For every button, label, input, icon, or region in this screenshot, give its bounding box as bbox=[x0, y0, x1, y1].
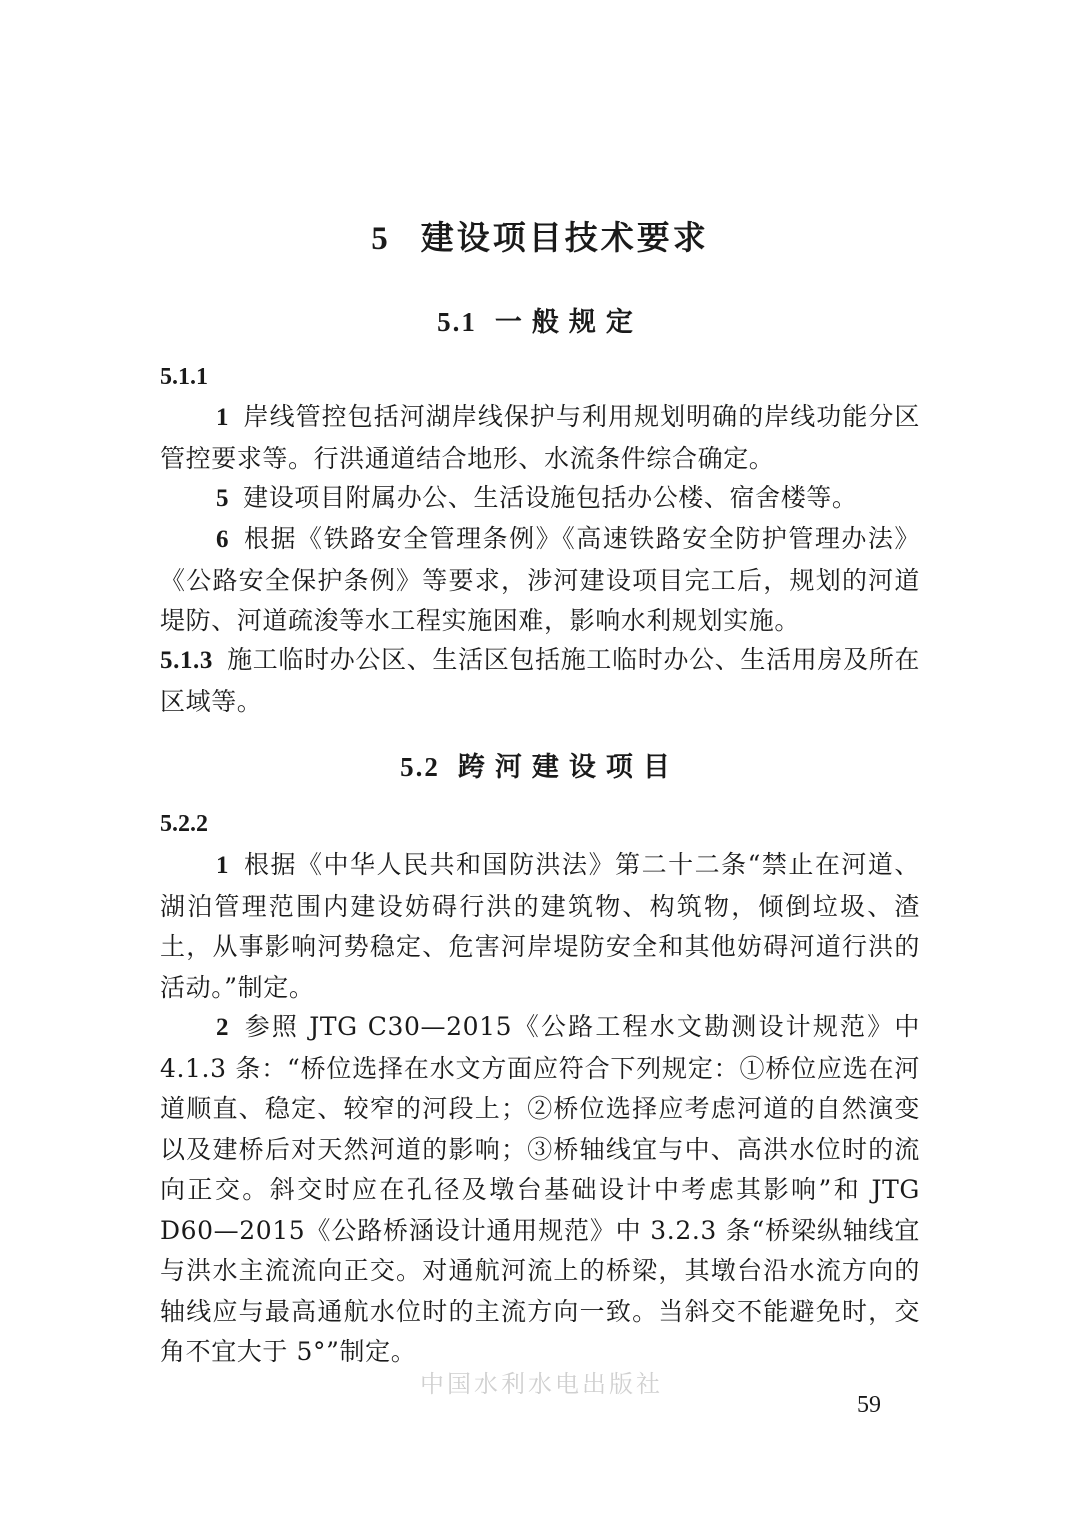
item-number: 6 bbox=[216, 526, 229, 553]
item-number: 2 bbox=[216, 1014, 229, 1041]
item-number: 1 bbox=[216, 852, 229, 879]
item-text: 建设项目附属办公、生活设施包括办公楼、宿舍楼等。 bbox=[243, 483, 857, 512]
clause-5-1-3: 5.1.3施工临时办公区、生活区包括施工临时办公、生活用房及所在区域等。 bbox=[160, 640, 920, 722]
clause-item: 1根据《中华人民共和国防洪法》第二十二条“禁止在河道、湖泊管理范围内建设妨碍行洪… bbox=[160, 845, 920, 1008]
section-number: 5.2 bbox=[400, 752, 440, 782]
item-text: 参照 JTG C30—2015《公路工程水文勘测设计规范》中 4.1.3 条：“… bbox=[160, 1012, 920, 1366]
item-text: 根据《铁路安全管理条例》《高速铁路安全防护管理办法》《公路安全保护条例》等要求，… bbox=[160, 524, 920, 635]
clause-item: 1岸线管控包括河湖岸线保护与利用规划明确的岸线功能分区管控要求等。行洪通道结合地… bbox=[160, 397, 920, 479]
publisher-watermark: 中国水利水电出版社 bbox=[420, 1364, 663, 1399]
section-number: 5.1 bbox=[437, 307, 477, 337]
chapter-title-text: 建设项目技术要求 bbox=[421, 218, 709, 257]
clause-text: 施工临时办公区、生活区包括施工临时办公、生活用房及所在区域等。 bbox=[160, 645, 920, 716]
clause-number: 5.1.3 bbox=[160, 647, 213, 674]
chapter-title: 5建设项目技术要求 bbox=[160, 212, 920, 259]
clause-number-5-2-2: 5.2.2 bbox=[160, 811, 208, 838]
item-text: 岸线管控包括河湖岸线保护与利用规划明确的岸线功能分区管控要求等。行洪通道结合地形… bbox=[160, 402, 920, 473]
clause-item: 6根据《铁路安全管理条例》《高速铁路安全防护管理办法》《公路安全保护条例》等要求… bbox=[160, 519, 920, 642]
section-title-text: 一般规定 bbox=[495, 307, 643, 338]
item-number: 1 bbox=[216, 404, 229, 431]
section-title-5-1: 5.1一般规定 bbox=[160, 300, 920, 339]
section-title-5-2: 5.2跨河建设项目 bbox=[160, 745, 920, 784]
section-title-text: 跨河建设项目 bbox=[458, 752, 680, 783]
clause-item: 2参照 JTG C30—2015《公路工程水文勘测设计规范》中 4.1.3 条：… bbox=[160, 1007, 920, 1373]
item-number: 5 bbox=[216, 485, 229, 512]
clause-number-5-1-1: 5.1.1 bbox=[160, 364, 208, 391]
clause-item: 5建设项目附属办公、生活设施包括办公楼、宿舍楼等。 bbox=[160, 478, 920, 520]
page-number: 59 bbox=[857, 1392, 881, 1419]
chapter-number: 5 bbox=[371, 221, 391, 257]
item-text: 根据《中华人民共和国防洪法》第二十二条“禁止在河道、湖泊管理范围内建设妨碍行洪的… bbox=[160, 850, 920, 1002]
